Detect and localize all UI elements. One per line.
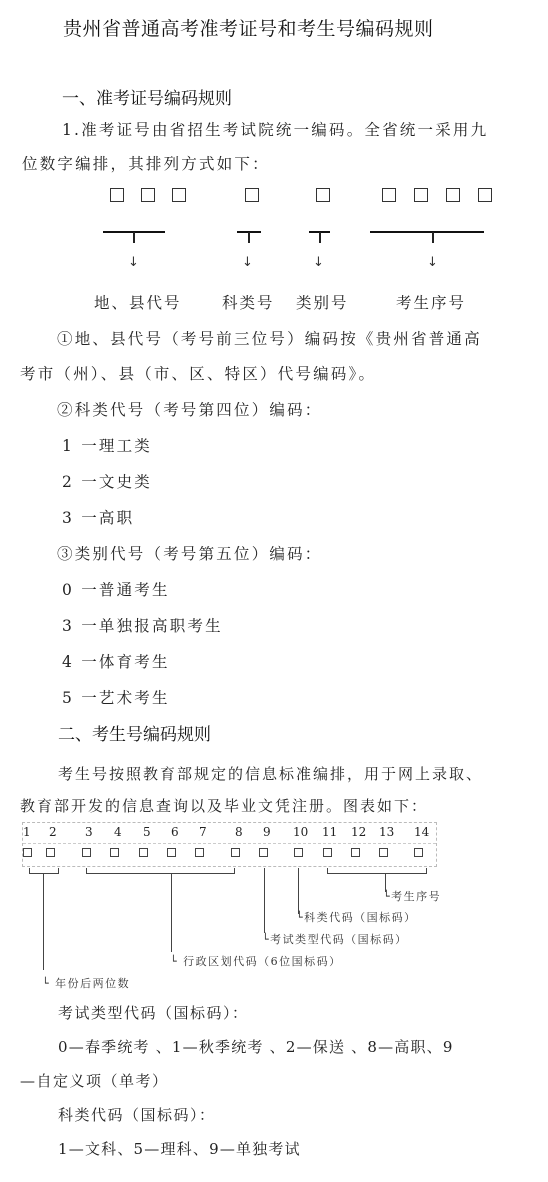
position-number: 2: [49, 825, 57, 839]
section1-intro-line1: 1.准考证号由省招生考试院统一编码。全省统一采用九: [62, 118, 488, 140]
category-code-item: 5 一艺术考生: [62, 686, 170, 708]
position-number: 13: [379, 825, 394, 839]
bracket-stem: [432, 232, 434, 243]
annotation-subject-code: └科类代码（国标码）: [296, 909, 417, 925]
section2-heading: 二、考生号编码规则: [58, 720, 211, 745]
digit-box: [351, 848, 360, 857]
position-number: 1: [23, 825, 31, 839]
digit-box: [46, 848, 55, 857]
position-number: 8: [235, 825, 243, 839]
category-code-item: 3 一单独报高职考生: [62, 614, 223, 636]
label-category-code: 类别号: [296, 291, 349, 313]
annotation-serial-number: └考生序号: [383, 888, 441, 904]
item3-heading: ③类别代号（考号第五位）编码：: [57, 542, 323, 564]
digit-box: [172, 188, 186, 202]
position-number: 5: [143, 825, 151, 839]
exam-type-line2: —自定义项（单考）: [20, 1070, 169, 1091]
bracket-line: [370, 231, 484, 233]
subject-code-item: 3 一高职: [62, 506, 134, 528]
digit-box: [167, 848, 176, 857]
document-title: 贵州省普通高考准考证号和考生号编码规则: [63, 14, 434, 41]
section1-heading: 一、准考证号编码规则: [62, 84, 232, 109]
bracket-stem: [133, 232, 135, 243]
section2-intro-line1: 考生号按照教育部规定的信息标准编排，用于网上录取、: [58, 763, 483, 784]
position-number: 10: [293, 825, 308, 839]
digit-box: [323, 848, 332, 857]
digit-box: [139, 848, 148, 857]
item1-line1: ①地、县代号（考号前三位号）编码按《贵州省普通高: [57, 327, 482, 349]
section1-intro-line2: 位数字编排，其排列方式如下：: [22, 152, 270, 174]
digit-box: [446, 188, 460, 202]
position-number: 9: [263, 825, 271, 839]
arrow-down-icon: ↓: [242, 255, 253, 270]
arrow-down-icon: ↓: [128, 255, 139, 270]
annotation-year-digits: └ 年份后两位数: [42, 975, 130, 991]
exam-type-line1: 0—春季统考 、1—秋季统考 、2—保送 、8—高职、9: [58, 1036, 454, 1057]
label-region-code: 地、县代号: [94, 291, 182, 313]
digit-box: [379, 848, 388, 857]
arrow-down-icon: ↓: [313, 255, 324, 270]
digit-box: [231, 848, 240, 857]
digit-box: [245, 188, 259, 202]
exam-type-heading: 考试类型代码（国标码）：: [58, 1002, 249, 1023]
digit-box: [23, 848, 32, 857]
position-number: 4: [114, 825, 122, 839]
digit-box: [259, 848, 268, 857]
item1-line2: 考市（州）、县（市、区、特区）代号编码》。: [20, 362, 376, 384]
digit-box: [316, 188, 330, 202]
annotation-region-code: └ 行政区划代码（6位国标码）: [170, 953, 342, 969]
position-number: 11: [322, 825, 337, 839]
position-number: 6: [171, 825, 179, 839]
subject-code-item: 2 一文史类: [62, 470, 152, 492]
digit-box: [195, 848, 204, 857]
digit-box: [478, 188, 492, 202]
bracket-stem: [319, 232, 321, 243]
position-number: 14: [414, 825, 429, 839]
digit-box: [382, 188, 396, 202]
category-code-item: 4 一体育考生: [62, 650, 170, 672]
digit-box: [141, 188, 155, 202]
digit-box: [294, 848, 303, 857]
position-number: 7: [199, 825, 207, 839]
position-number: 3: [85, 825, 93, 839]
label-subject-code: 科类号: [222, 291, 275, 313]
category-code-item: 0 一普通考生: [62, 578, 170, 600]
section2-intro-line2: 教育部开发的信息查询以及毕业文凭注册。图表如下：: [20, 795, 428, 816]
digit-box: [414, 848, 423, 857]
subject-code-line: 1—文科、5—理科、9—单独考试: [58, 1138, 301, 1159]
digit-box: [414, 188, 428, 202]
digit-box: [110, 188, 124, 202]
digit-box: [82, 848, 91, 857]
subject-code-item: 1 一理工类: [62, 434, 152, 456]
bracket-stem: [248, 232, 250, 243]
annotation-exam-type-code: └考试类型代码（国标码）: [262, 931, 408, 947]
subject-code-heading: 科类代码（国标码）：: [58, 1104, 216, 1125]
position-number: 12: [351, 825, 366, 839]
item2-heading: ②科类代号（考号第四位）编码：: [57, 398, 323, 420]
arrow-down-icon: ↓: [427, 255, 438, 270]
label-serial-number: 考生序号: [396, 291, 466, 313]
digit-box: [110, 848, 119, 857]
